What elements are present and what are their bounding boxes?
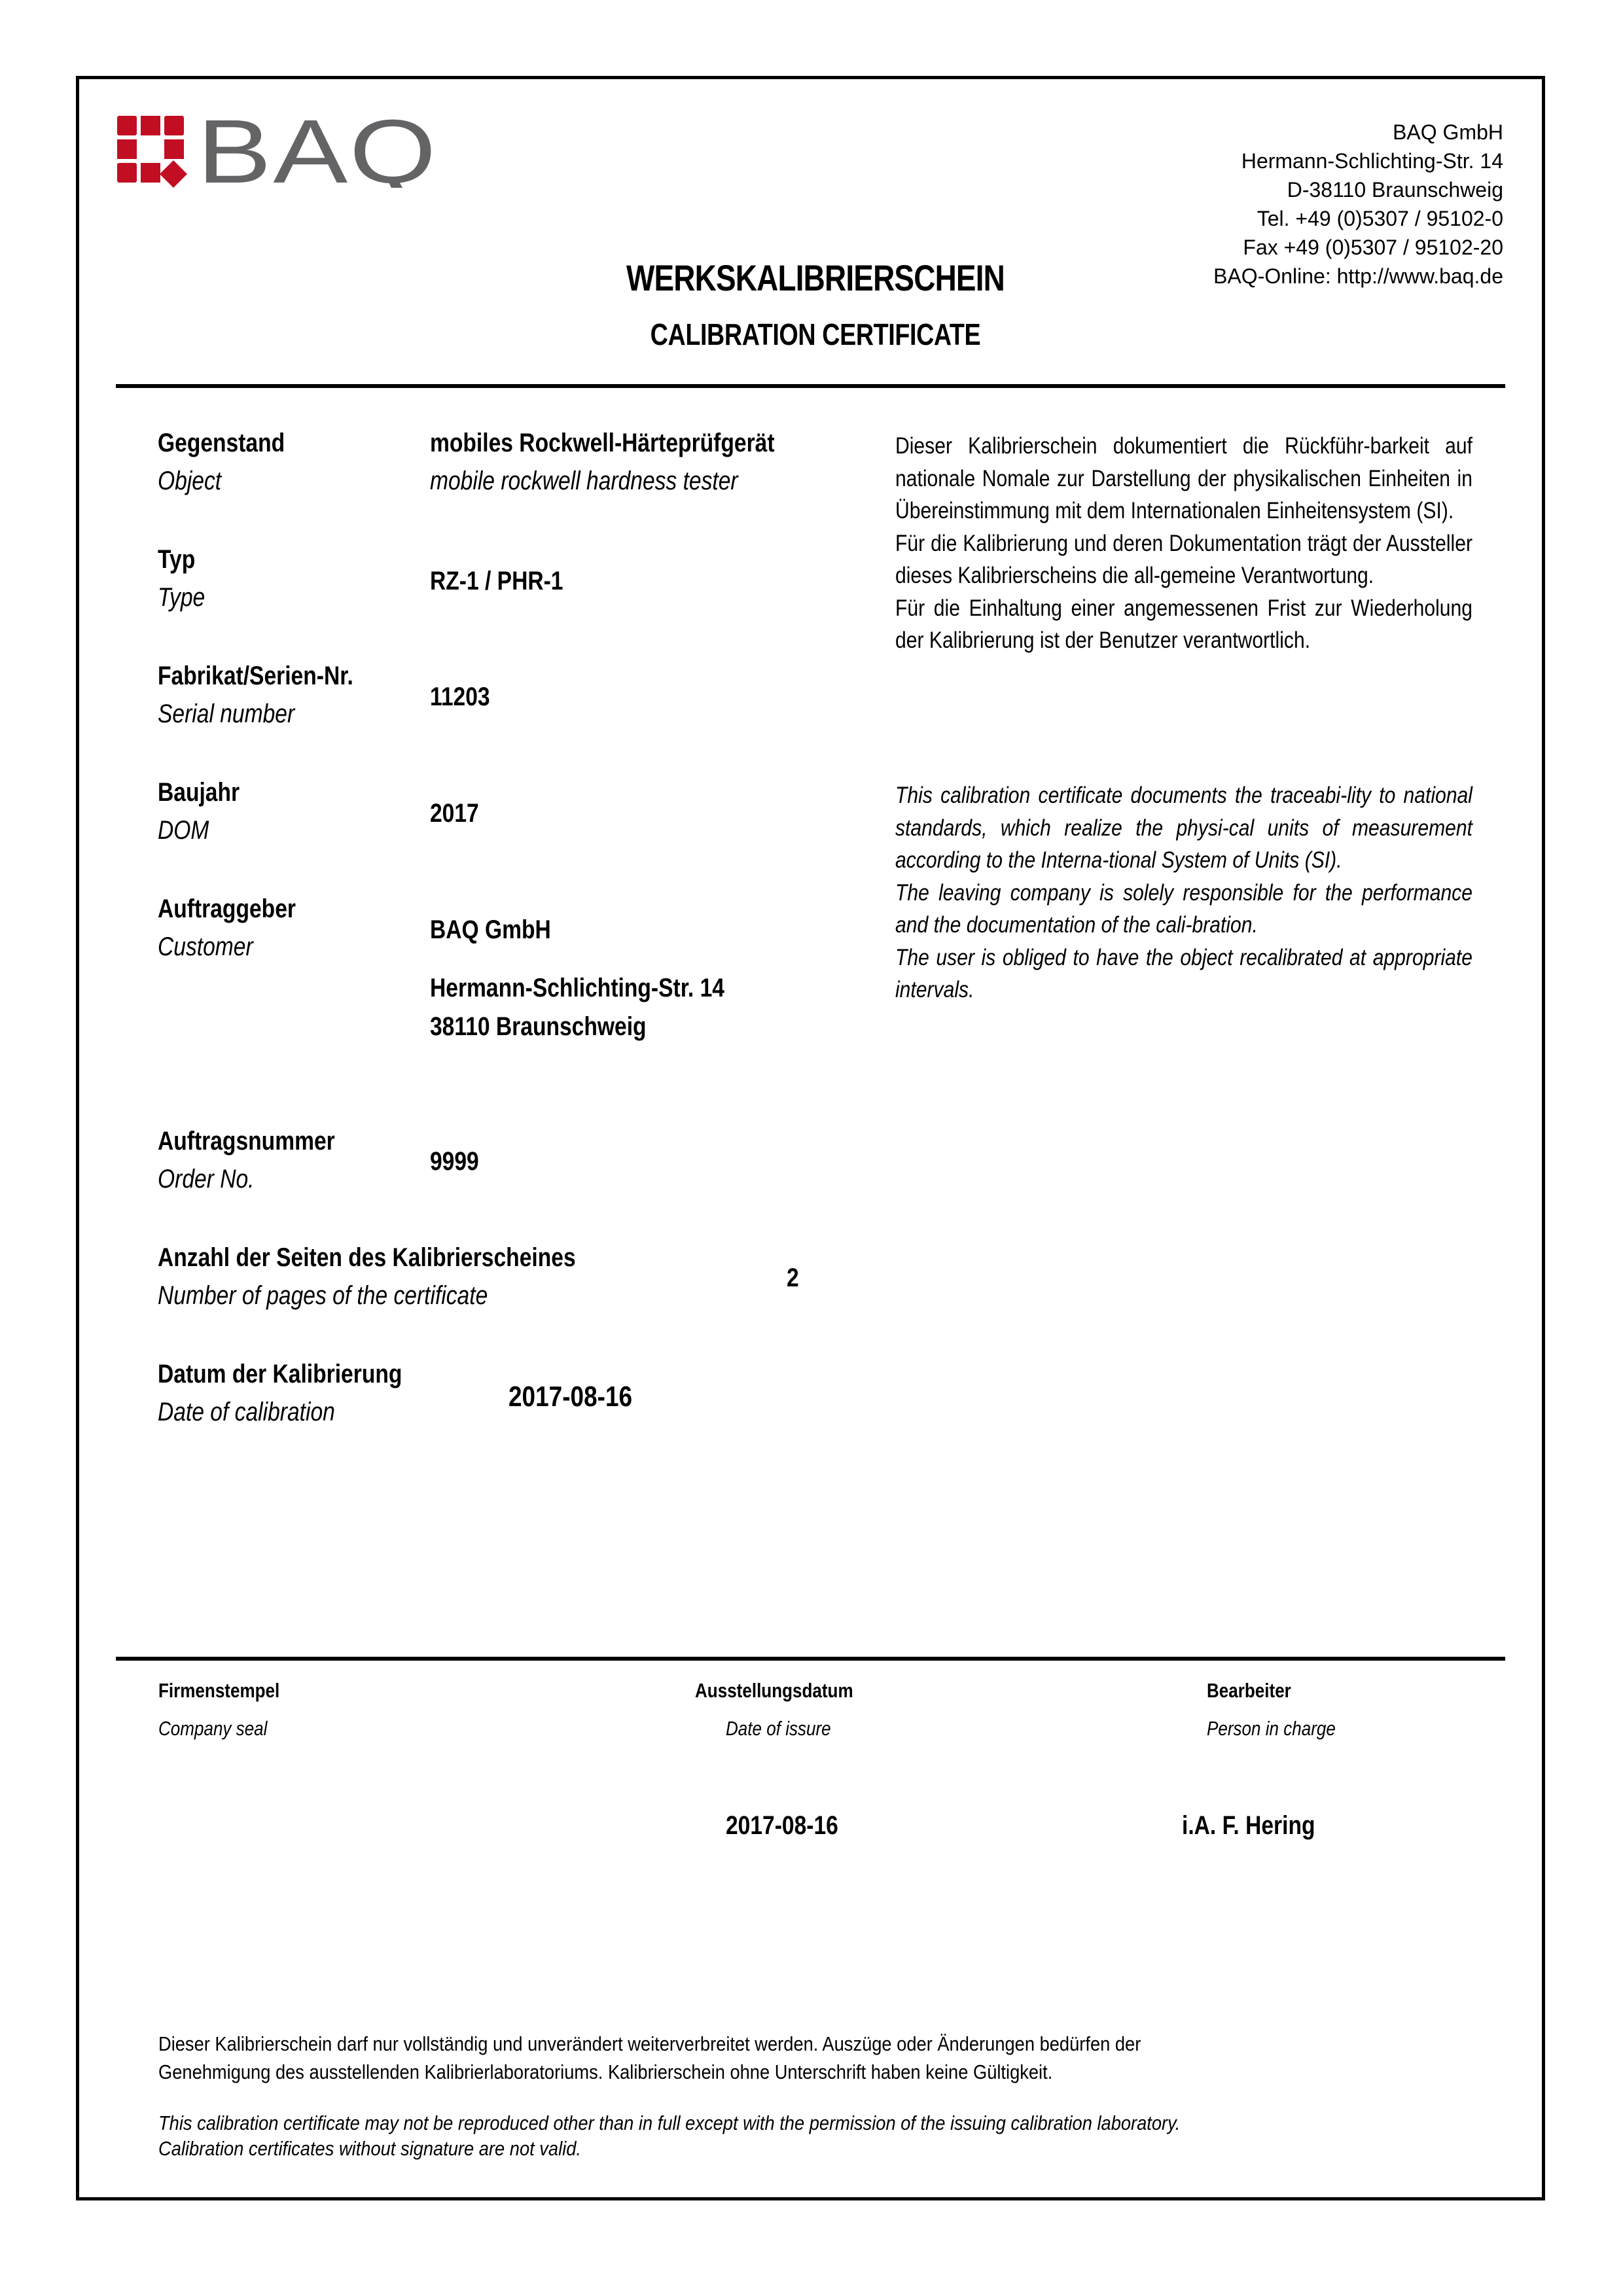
statement-en: This calibration certificate documents t… bbox=[895, 779, 1472, 1006]
type-label-en: Type bbox=[158, 583, 205, 612]
order-label-en: Order No. bbox=[158, 1165, 255, 1194]
object-value-en: mobile rockwell hardness tester bbox=[430, 467, 738, 496]
customer-label-en: Customer bbox=[158, 932, 253, 962]
address-line: BAQ GmbH bbox=[1213, 118, 1503, 147]
customer-address-line1: Hermann-Schlichting-Str. 14 bbox=[430, 974, 724, 1003]
dom-value: 2017 bbox=[430, 799, 479, 828]
issue-date-value: 2017-08-16 bbox=[726, 1811, 838, 1841]
customer-label: Auftraggeber bbox=[158, 894, 296, 924]
disclaimer-de-line: Dieser Kalibrierschein darf nur vollstän… bbox=[158, 2030, 1141, 2058]
order-value: 9999 bbox=[430, 1147, 479, 1176]
person-label: Bearbeiter bbox=[1207, 1679, 1291, 1703]
cal-date-label-en: Date of calibration bbox=[158, 1398, 335, 1427]
serial-label: Fabrikat/Serien-Nr. bbox=[158, 662, 353, 691]
baq-logo: BAQ bbox=[117, 116, 444, 188]
person-label-en: Person in charge bbox=[1207, 1717, 1336, 1740]
seal-label: Firmenstempel bbox=[158, 1679, 279, 1703]
object-label: Gegenstand bbox=[158, 429, 285, 458]
statement-de-paragraph: Für die Kalibrierung und deren Dokumenta… bbox=[895, 527, 1472, 592]
address-line: Hermann-Schlichting-Str. 14 bbox=[1213, 147, 1503, 175]
statement-en-paragraph: The user is obliged to have the object r… bbox=[895, 942, 1472, 1006]
statement-de-paragraph: Dieser Kalibrierschein dokumentiert die … bbox=[895, 430, 1472, 527]
person-value: i.A. F. Hering bbox=[1182, 1811, 1315, 1841]
document-title: WERKSKALIBRIERSCHEIN bbox=[147, 256, 1484, 299]
type-value: RZ-1 / PHR-1 bbox=[430, 567, 563, 596]
statement-en-paragraph: This calibration certificate documents t… bbox=[895, 779, 1472, 877]
issue-date-label-en: Date of issure bbox=[726, 1717, 831, 1740]
header-divider bbox=[116, 384, 1505, 388]
order-label: Auftragsnummer bbox=[158, 1127, 335, 1156]
serial-label-en: Serial number bbox=[158, 699, 294, 729]
cal-date-value: 2017-08-16 bbox=[508, 1381, 632, 1413]
disclaimer-de: Dieser Kalibrierschein darf nur vollstän… bbox=[158, 2030, 1275, 2086]
address-line: D-38110 Braunschweig bbox=[1213, 175, 1503, 204]
seal-label-en: Company seal bbox=[158, 1717, 267, 1740]
pages-value: 2 bbox=[787, 1263, 799, 1293]
document-subtitle: CALIBRATION CERTIFICATE bbox=[147, 317, 1484, 352]
statement-en-paragraph: The leaving company is solely responsibl… bbox=[895, 877, 1472, 942]
statement-de: Dieser Kalibrierschein dokumentiert die … bbox=[895, 430, 1472, 657]
serial-value: 11203 bbox=[430, 682, 490, 712]
pages-label: Anzahl der Seiten des Kalibrierscheines bbox=[158, 1243, 576, 1273]
svg-text:BAQ: BAQ bbox=[197, 116, 438, 188]
disclaimer-de-line: Genehmigung des ausstellenden Kalibrierl… bbox=[158, 2058, 1141, 2086]
customer-address-line2: 38110 Braunschweig bbox=[430, 1012, 647, 1042]
dom-label-en: DOM bbox=[158, 816, 209, 845]
customer-value: BAQ GmbH bbox=[430, 915, 551, 945]
address-line: Tel. +49 (0)5307 / 95102-0 bbox=[1213, 204, 1503, 233]
baq-logo-mark-icon: BAQ bbox=[117, 116, 444, 188]
object-label-en: Object bbox=[158, 467, 221, 496]
issue-date-label: Ausstellungsdatum bbox=[695, 1679, 853, 1703]
pages-label-en: Number of pages of the certificate bbox=[158, 1281, 488, 1311]
statement-de-paragraph: Für die Einhaltung einer angemessenen Fr… bbox=[895, 592, 1472, 657]
disclaimer-en-line: This calibration certificate may not be … bbox=[158, 2110, 1180, 2136]
dom-label: Baujahr bbox=[158, 778, 240, 807]
type-label: Typ bbox=[158, 545, 195, 574]
disclaimer-en: This calibration certificate may not be … bbox=[158, 2110, 1319, 2161]
disclaimer-en-line: Calibration certificates without signatu… bbox=[158, 2136, 1180, 2161]
cal-date-label: Datum der Kalibrierung bbox=[158, 1360, 402, 1389]
object-value: mobiles Rockwell-Härteprüfgerät bbox=[430, 429, 775, 458]
footer-divider bbox=[116, 1657, 1505, 1661]
